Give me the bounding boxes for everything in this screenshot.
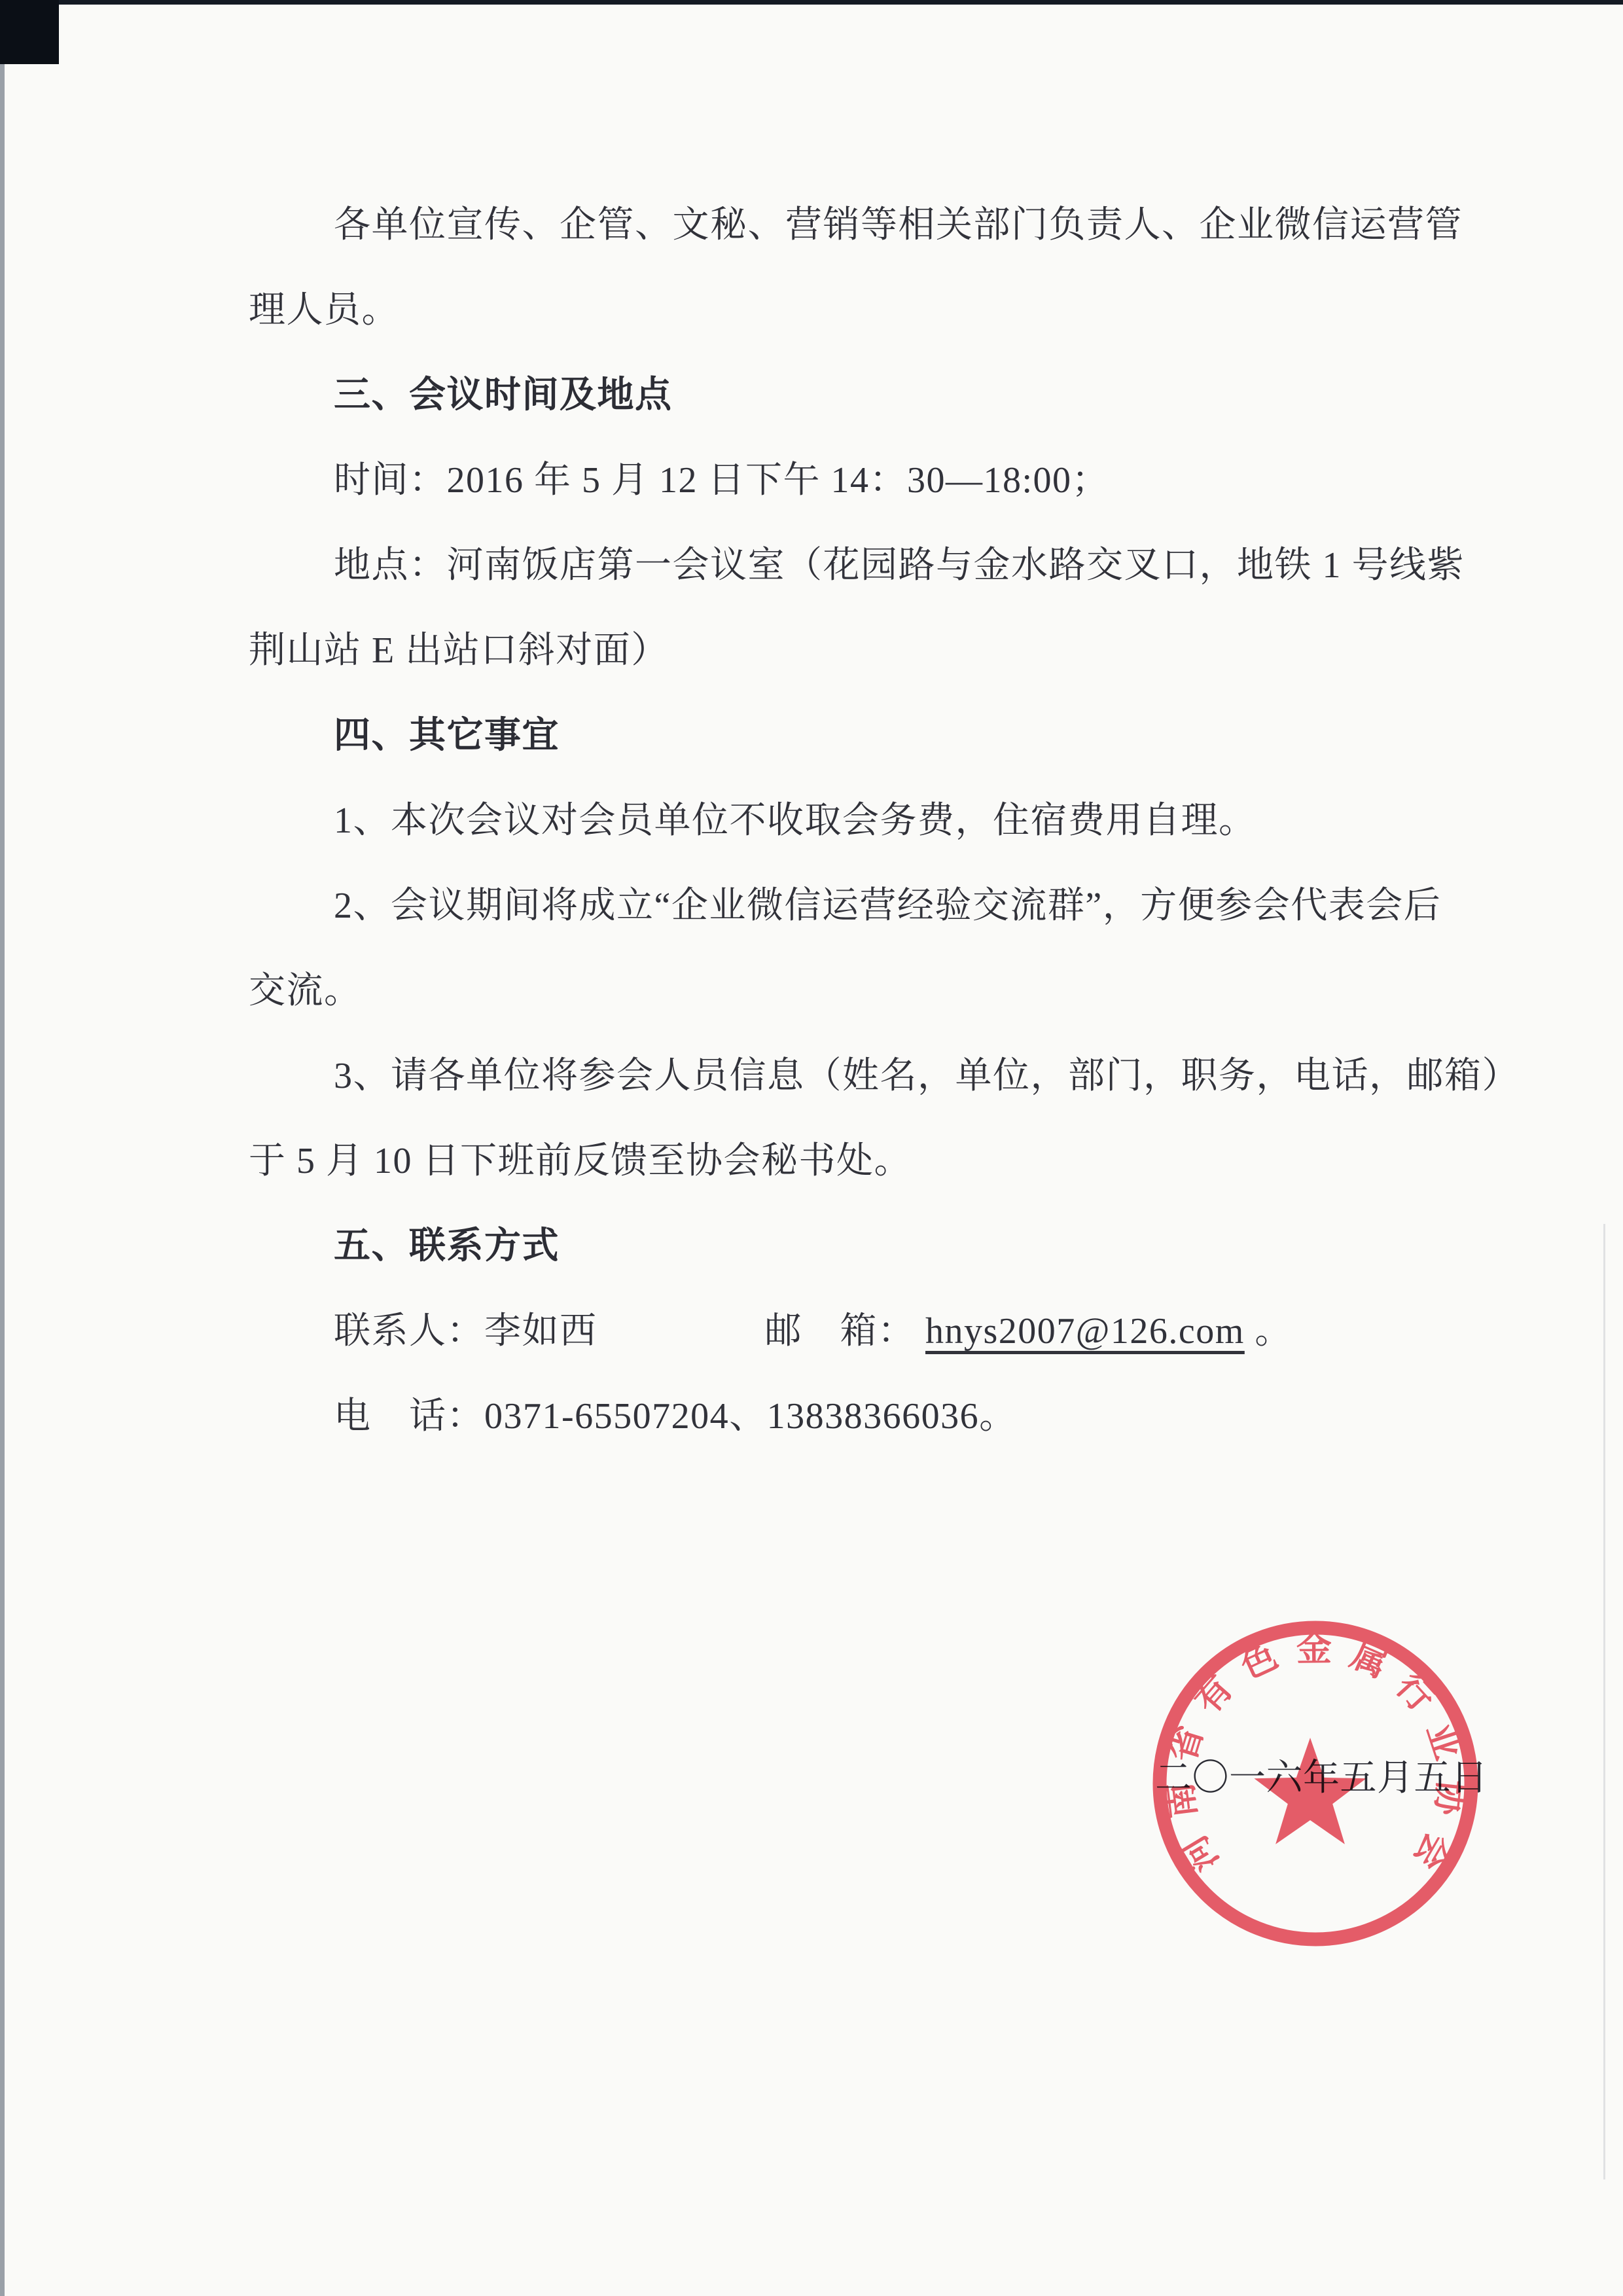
scan-right-fold-line [1603, 1224, 1605, 2179]
other-matters-item1: 1、本次会议对会员单位不收取会务费，住宿费用自理。 [249, 778, 1531, 863]
section-heading-other-matters: 四、其它事宜 [249, 693, 1531, 778]
other-matters-item3-line1: 3、请各单位将参会人员信息（姓名，单位，部门，职务，电话，邮箱） [249, 1033, 1531, 1119]
scan-corner-artifact [0, 0, 59, 64]
contact-email-period: 。 [1255, 1311, 1293, 1352]
other-matters-item3-line2: 于 5 月 10 日下班前反馈至协会秘书处。 [249, 1119, 1531, 1204]
other-matters-item2-line1: 2、会议期间将成立“企业微信运营经验交流群”，方便参会代表会后 [249, 863, 1531, 948]
contact-email-address: hnys2007@126.com [925, 1311, 1245, 1352]
meeting-place-line1: 地点：河南饭店第一会议室（花园路与金水路交叉口，地铁 1 号线紫 [249, 523, 1531, 608]
meeting-time-line: 时间：2016 年 5 月 12 日下午 14：30—18:00； [249, 438, 1531, 523]
scan-left-edge-strip [0, 0, 5, 2296]
contact-person-name: 联系人：李如西 [334, 1311, 597, 1352]
meeting-place-line2: 荆山站 E 出站口斜对面） [249, 608, 1531, 693]
issue-date: 二〇一六年五月五日 [1155, 1749, 1488, 1801]
paragraph-attendees-line1: 各单位宣传、企管、文秘、营销等相关部门负责人、企业微信运营管 [249, 183, 1531, 268]
section-heading-contact: 五、联系方式 [249, 1204, 1531, 1289]
scanned-document-page: 各单位宣传、企管、文秘、营销等相关部门负责人、企业微信运营管 理人员。 三、会议… [0, 0, 1623, 2296]
scan-top-edge-line [0, 0, 1623, 5]
paragraph-attendees-line2: 理人员。 [249, 268, 1531, 353]
document-body: 各单位宣传、企管、文秘、营销等相关部门负责人、企业微信运营管 理人员。 三、会议… [249, 183, 1531, 1459]
contact-email-label: 邮 箱： [765, 1311, 916, 1352]
contact-person-line: 联系人：李如西 邮 箱： hnys2007@126.com 。 [249, 1289, 1531, 1374]
other-matters-item2-line2: 交流。 [249, 948, 1531, 1033]
section-heading-time-place: 三、会议时间及地点 [249, 353, 1531, 438]
contact-phone-line: 电 话：0371-65507204、13838366036。 [249, 1374, 1531, 1459]
